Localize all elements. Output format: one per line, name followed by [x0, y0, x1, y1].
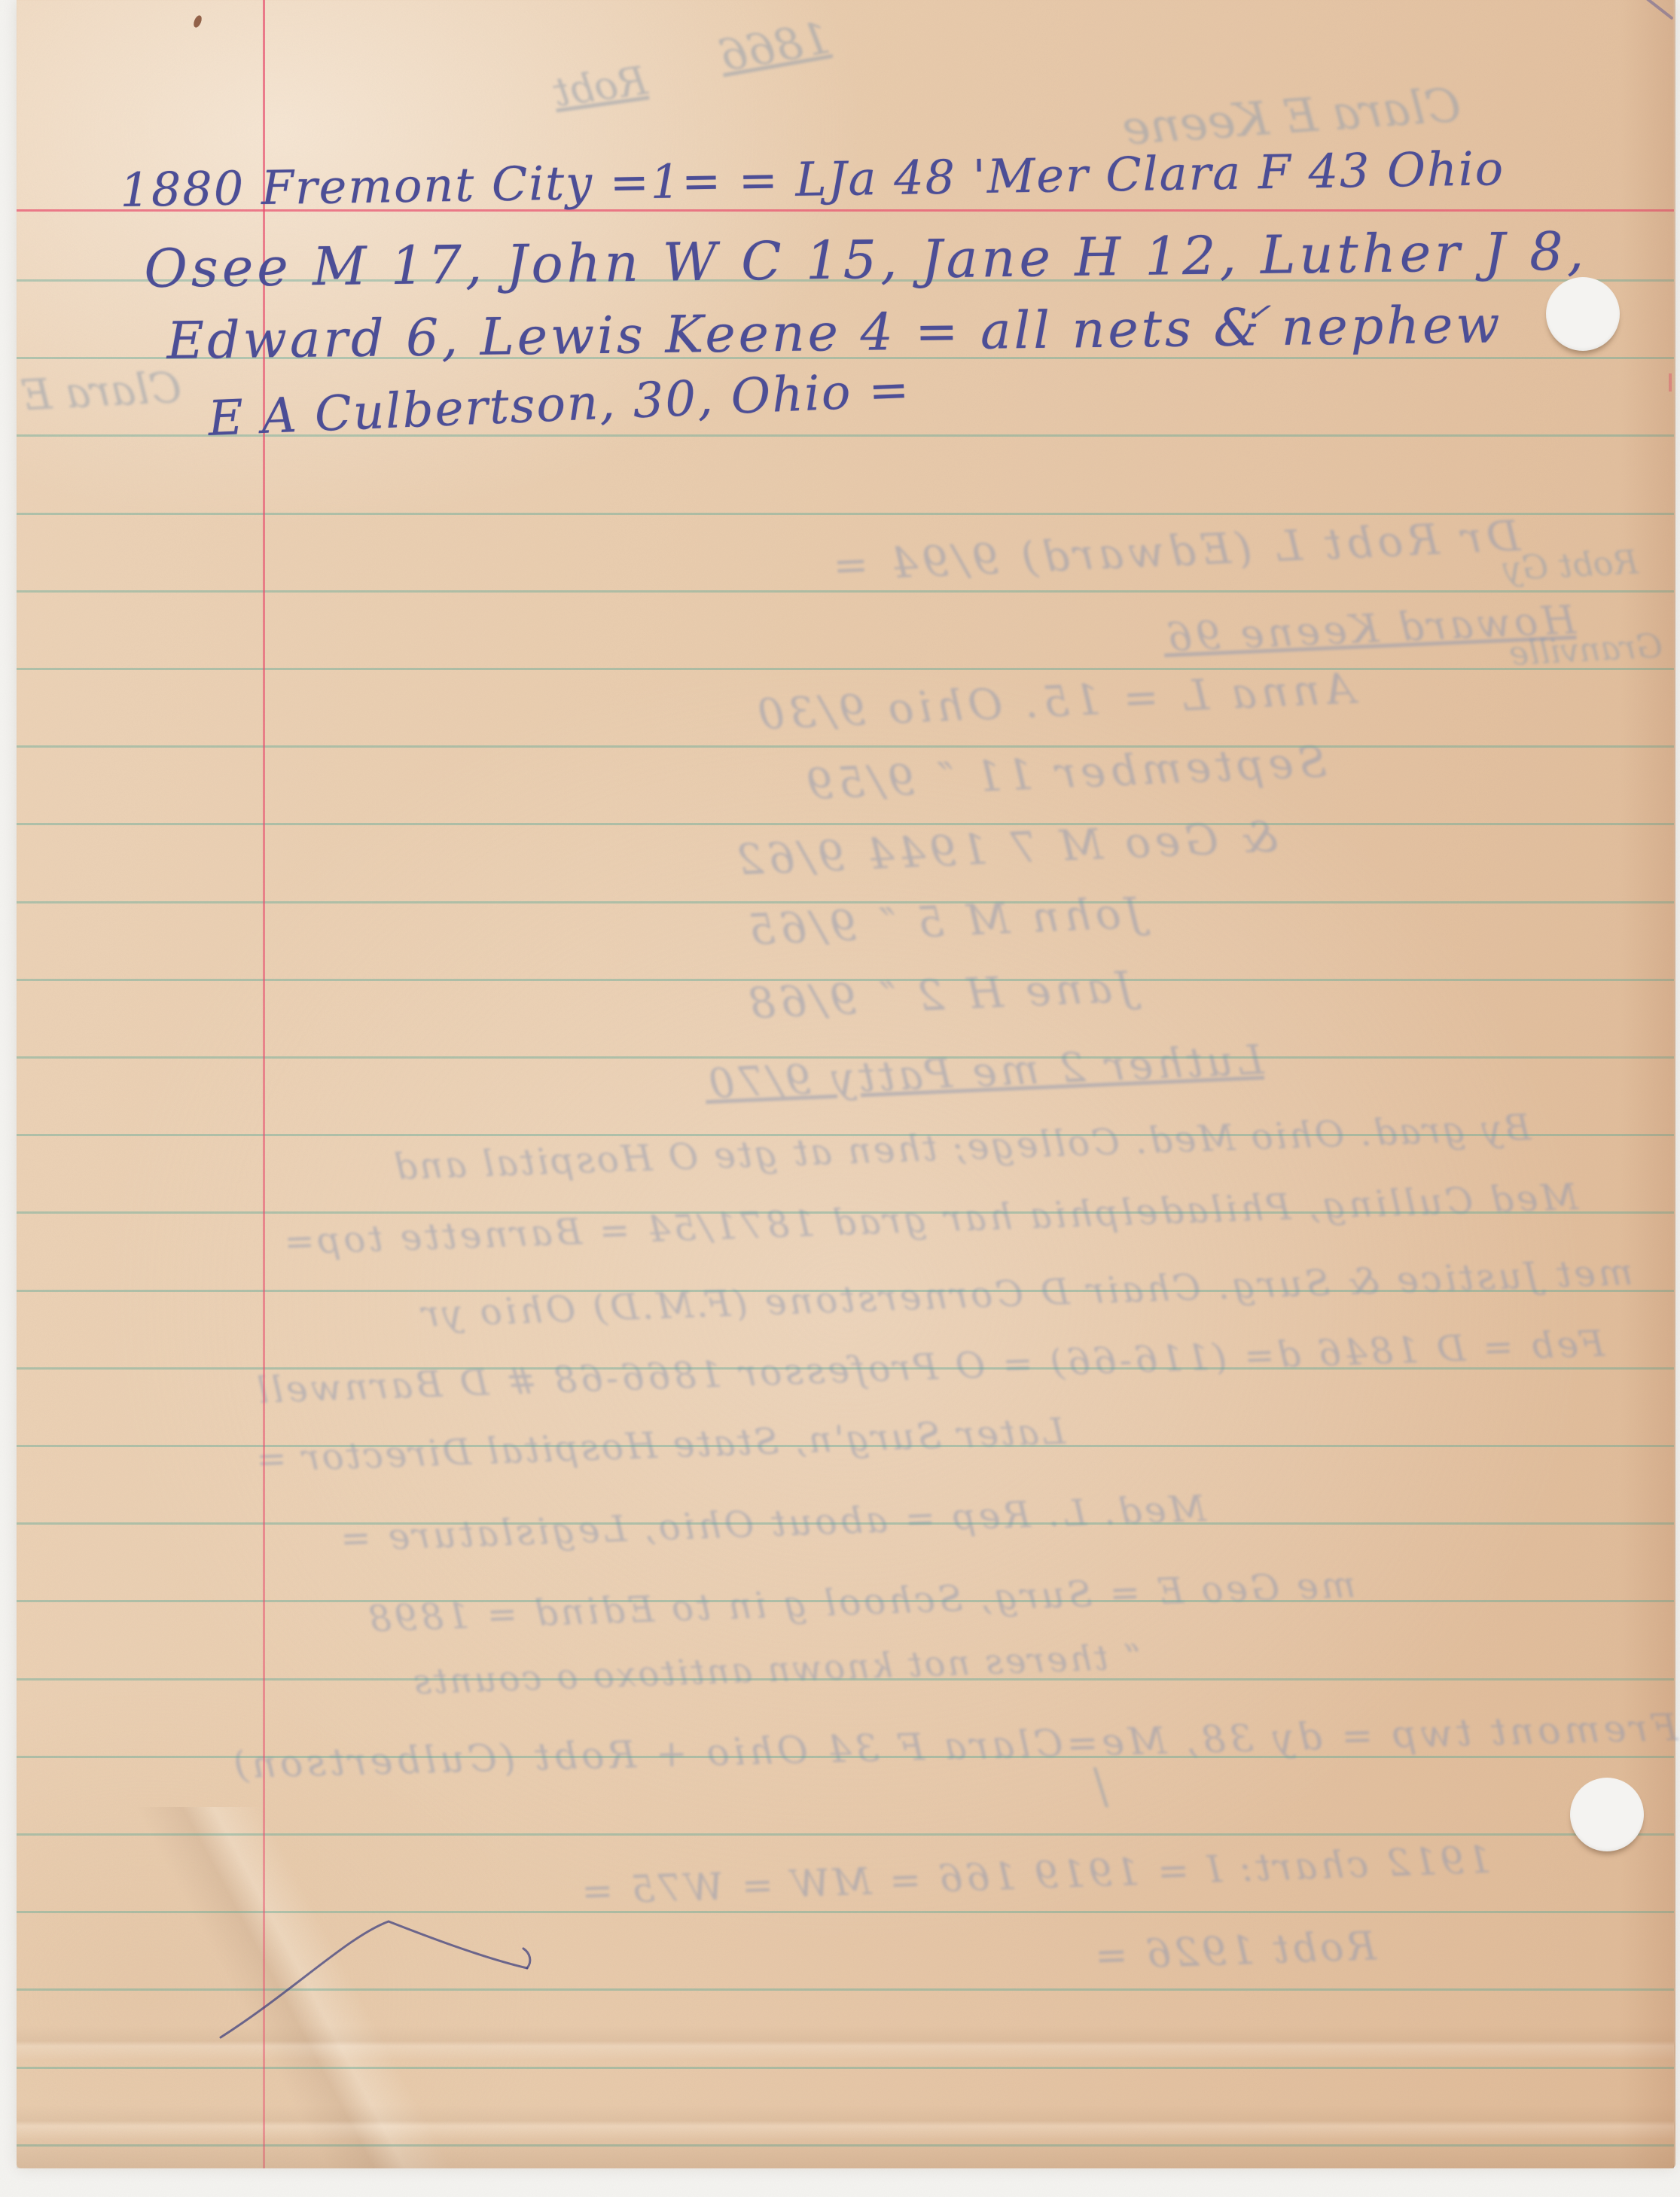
handwritten-mark: ✓ [1244, 294, 1273, 330]
hole-punch [1570, 1778, 1644, 1851]
hole-punch [1546, 277, 1620, 351]
bottom-edge-shadow [17, 2128, 1674, 2168]
scanned-document: Robt1866Clara E KeeneClara ERobt GyGranv… [0, 0, 1680, 2197]
